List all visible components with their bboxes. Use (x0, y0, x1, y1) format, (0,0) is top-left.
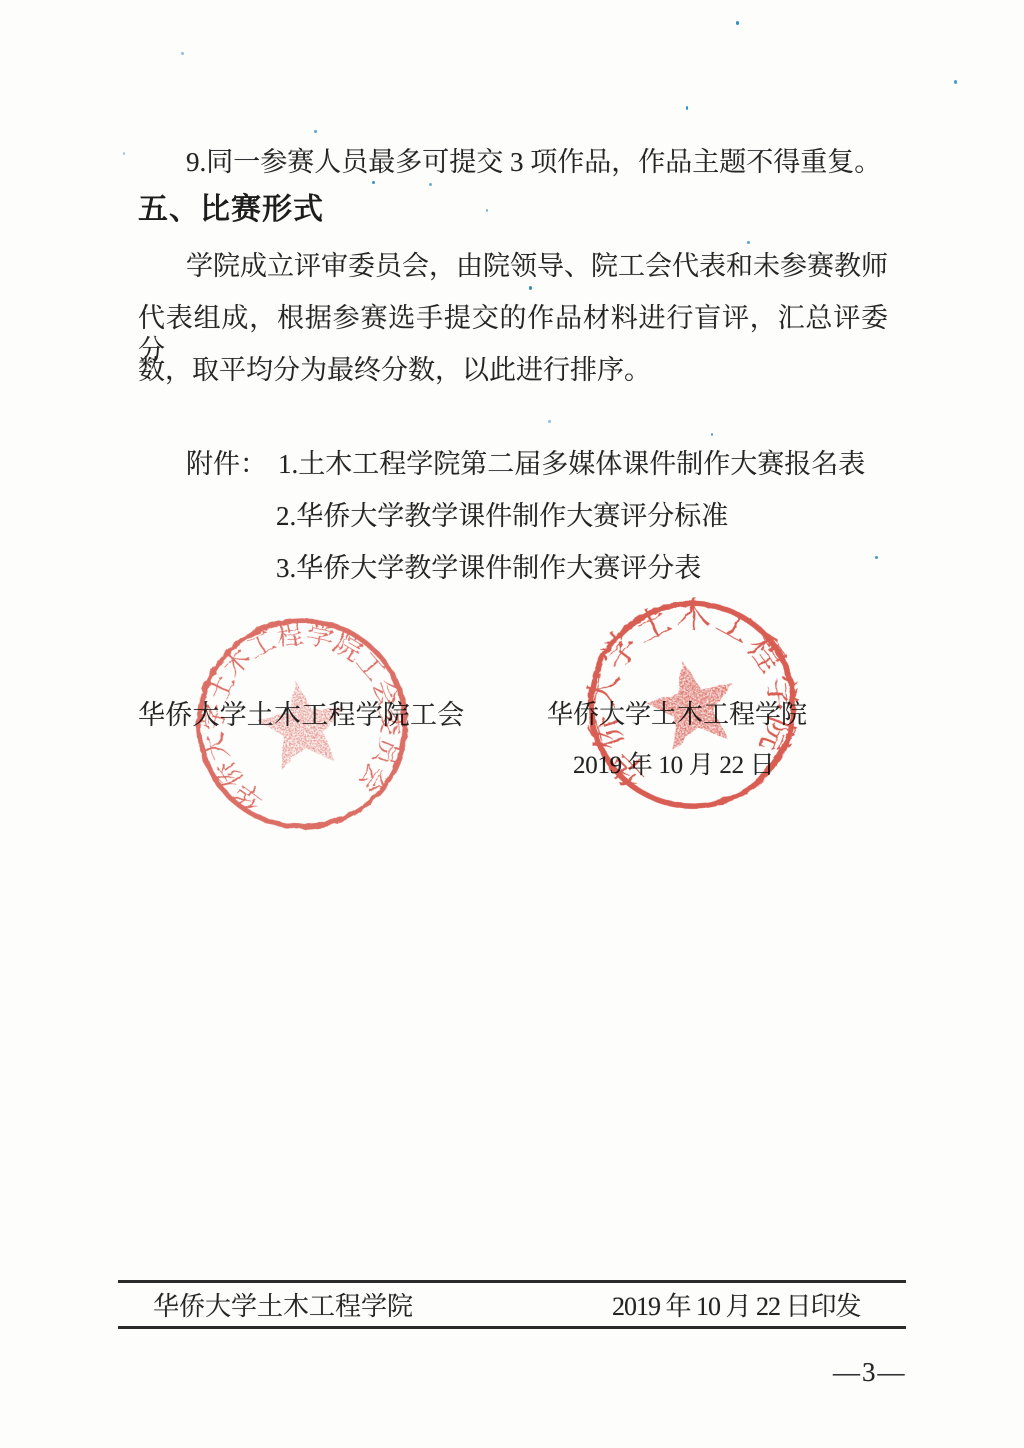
right-college-stamp: 华侨大学土木工程学院 (583, 596, 799, 817)
section-heading: 五、比赛形式 (138, 192, 324, 228)
seal-star-icon (251, 674, 351, 771)
scan-speck (181, 52, 184, 55)
scan-speck (486, 209, 488, 212)
footer-rule-top (118, 1280, 906, 1283)
left-union-stamp: 华侨大学土木工程学院工会委员会 (191, 613, 411, 838)
footer-issuer: 华侨大学土木工程学院 (153, 1291, 413, 1323)
scan-speck (372, 181, 375, 184)
attachment-item: 2.华侨大学教学课件制作大赛评分标准 (276, 500, 728, 532)
footer-print-date: 2019 年 10 月 22 日印发 (612, 1291, 861, 1323)
scan-speck (123, 152, 125, 155)
scan-speck (711, 433, 713, 436)
footer-rule-bottom (118, 1326, 906, 1329)
scan-speck (429, 183, 432, 186)
scan-speck (954, 80, 957, 84)
scan-speck (875, 556, 878, 559)
scan-speck (529, 286, 532, 290)
attachments-label: 附件： (186, 448, 278, 480)
paragraph-line: 学院成立评审委员会，由院领导、院工会代表和未参赛教师 (138, 250, 888, 282)
scan-speck (314, 130, 317, 133)
attachments-row: 附件： 1.土木工程学院第二届多媒体课件制作大赛报名表 (186, 448, 865, 480)
attachment-item: 1.土木工程学院第二届多媒体课件制作大赛报名表 (278, 448, 865, 480)
scan-speck (747, 241, 750, 244)
attachment-item: 3.华侨大学教学课件制作大赛评分表 (276, 552, 701, 584)
page-number: —3— (833, 1356, 907, 1388)
scanned-document-page: { "doc": { "item9": "9.同一参赛人员最多可提交 3 项作品… (0, 0, 1024, 1448)
scan-speck (686, 106, 688, 110)
paragraph-line: 数，取平均分为最终分数，以此进行排序。 (138, 354, 651, 386)
list-item-9: 9.同一参赛人员最多可提交 3 项作品，作品主题不得重复。 (138, 146, 918, 178)
scan-speck (548, 420, 551, 423)
seal-star-icon (638, 652, 743, 754)
scan-speck (736, 21, 739, 25)
